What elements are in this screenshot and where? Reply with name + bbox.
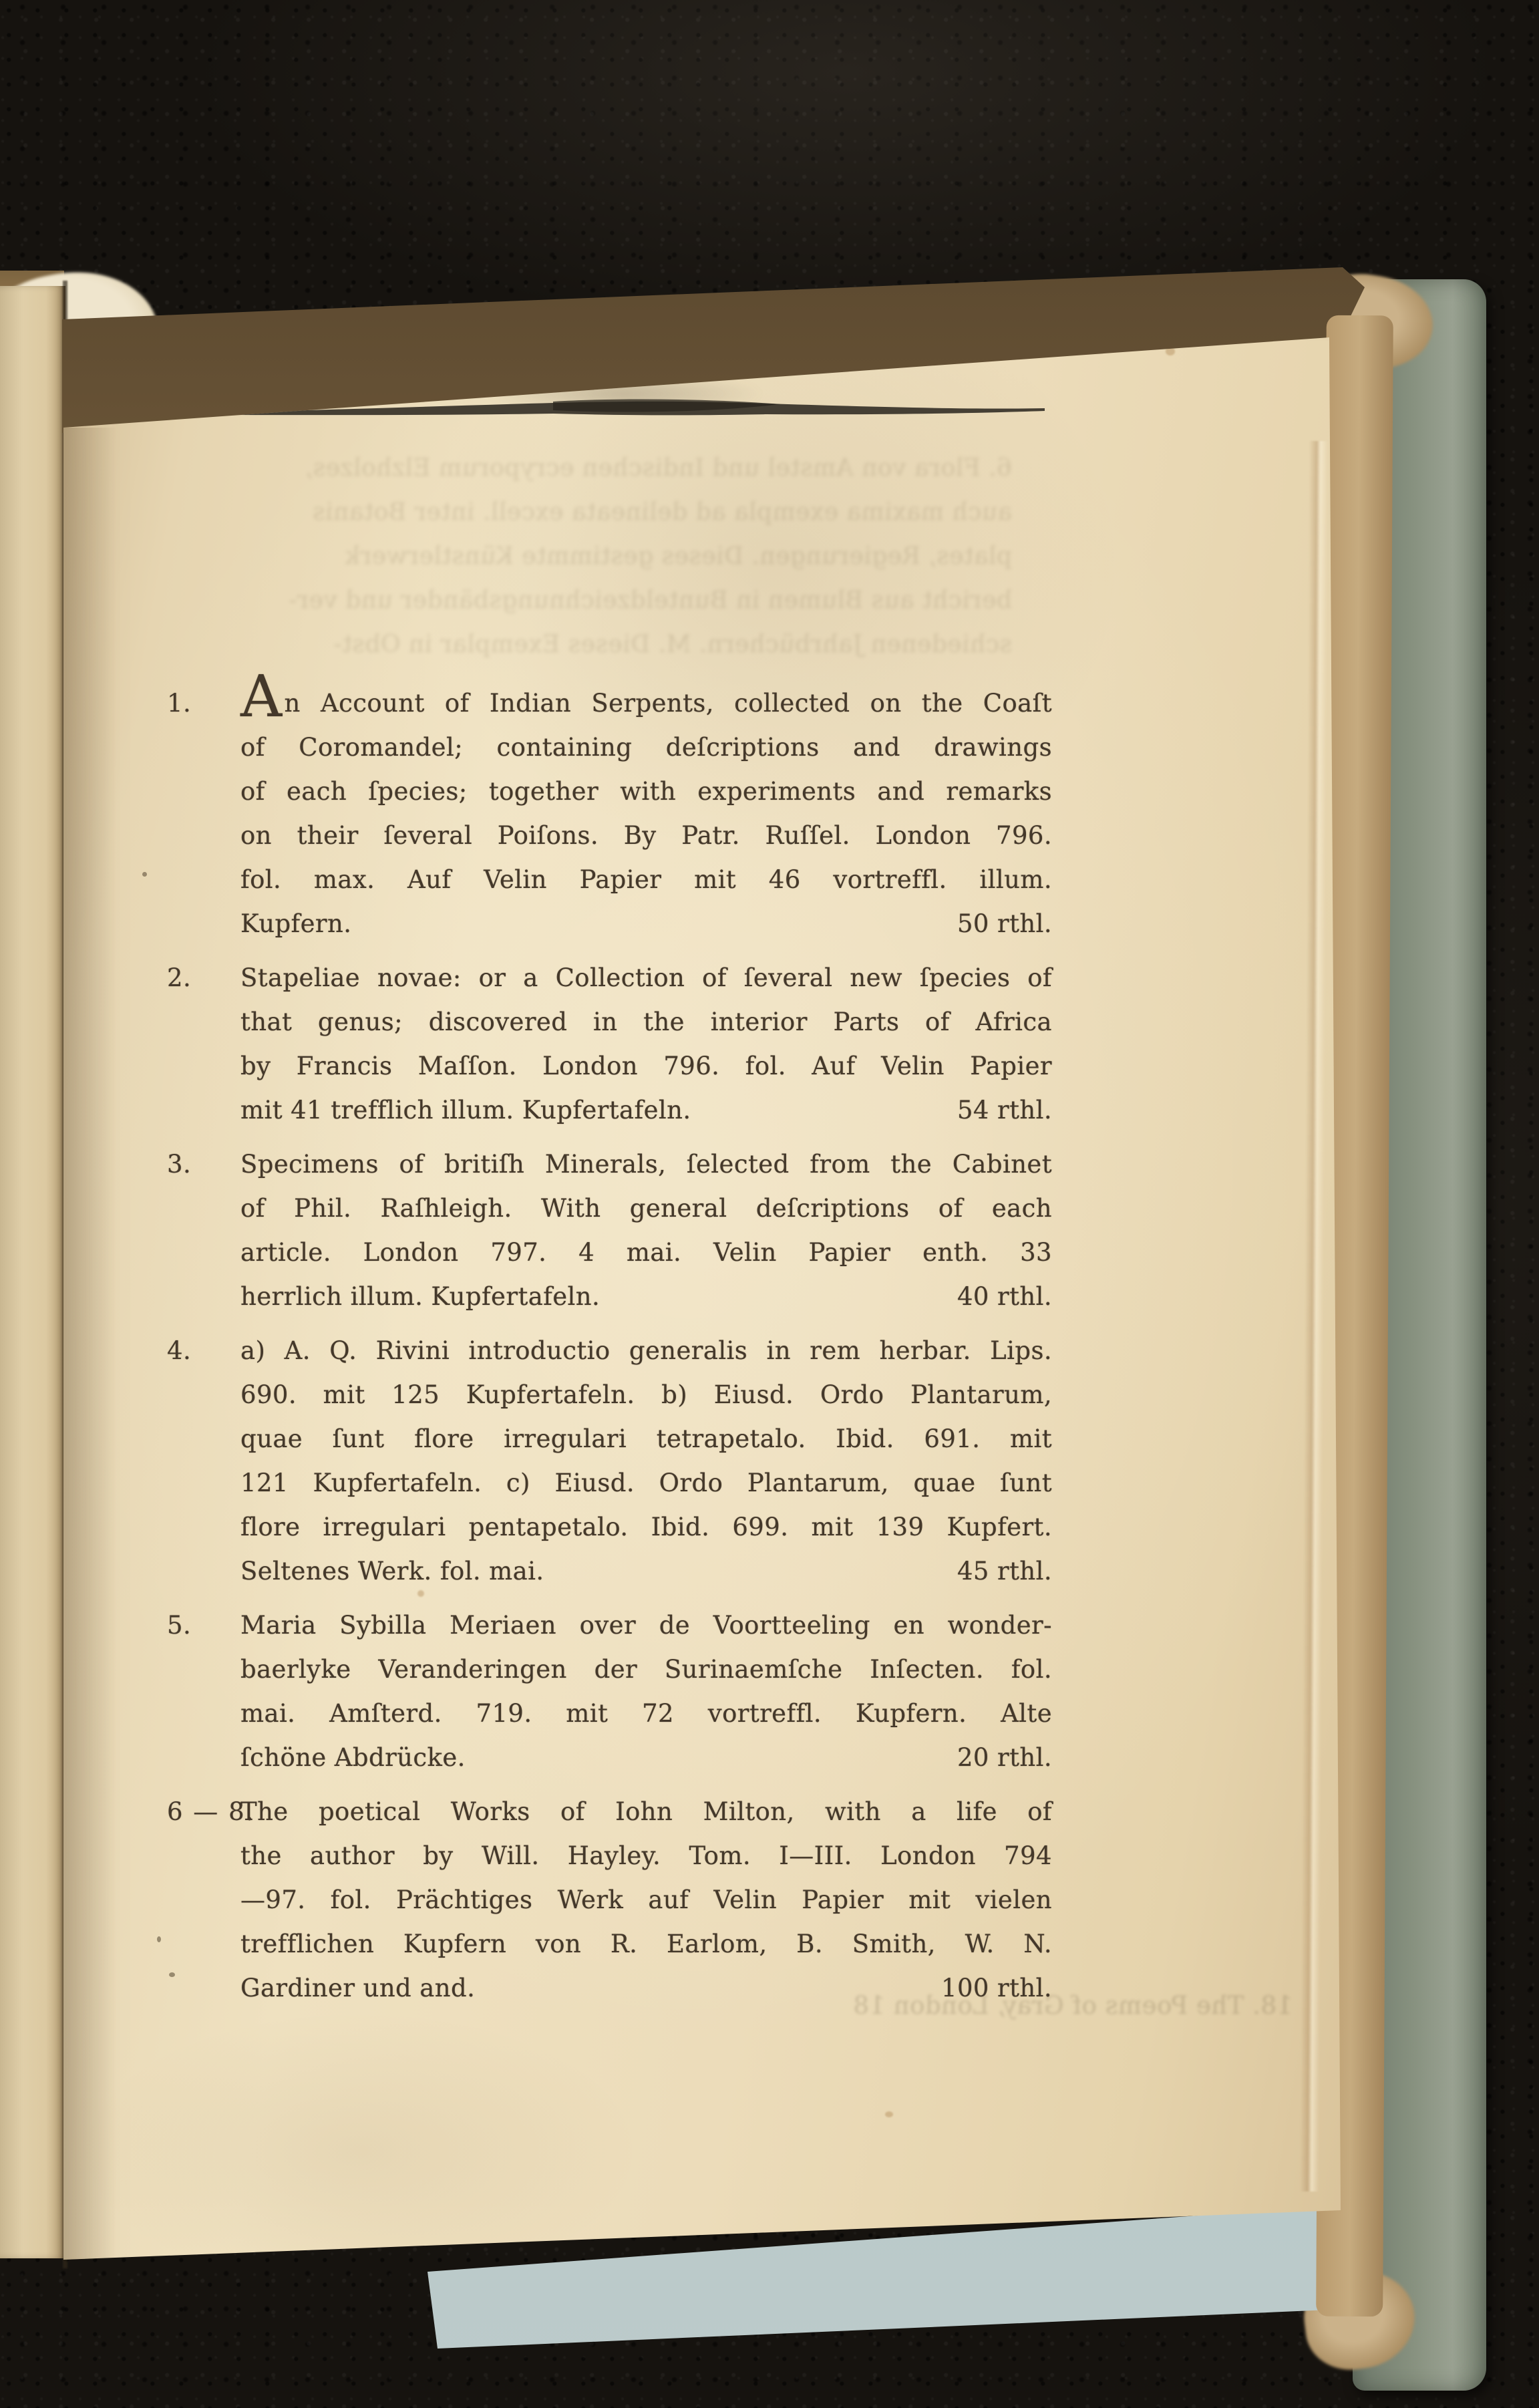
paper-crease: [1300, 441, 1328, 2192]
ink-speck: [157, 1936, 161, 1942]
entry-price: 40 rthl.: [957, 1275, 1052, 1319]
entry-price: 54 rthl.: [957, 1088, 1052, 1133]
entry-price: 100 rthl.: [941, 1966, 1052, 2010]
entry-last-line: Gardiner und and.100 rthl.: [240, 1966, 1052, 2010]
entry-line: of each ſpecies; together with experimen…: [240, 770, 1052, 814]
entry-line: fol. max. Auf Velin Papier mit 46 vortre…: [240, 858, 1052, 902]
entry-number: 6 — 8.: [167, 1790, 254, 1834]
entry-last-line: ſchöne Abdrücke.20 rthl.: [240, 1736, 1052, 1780]
entry-line: The poetical Works of Iohn Milton, with …: [240, 1790, 1052, 1834]
entry-line: on their ſeveral Poiſons. By Patr. Ruſſe…: [240, 814, 1052, 858]
drop-cap: A: [240, 684, 283, 710]
entry-last-line: Seltenes Werk. fol. mai.45 rthl.: [240, 1549, 1052, 1594]
entry-last-line: mit 41 trefflich illum. Kupfertafeln.54 …: [240, 1088, 1052, 1133]
entry-line: baerlyke Veranderingen der Surinaemſche …: [240, 1648, 1052, 1692]
entry-number: 2.: [167, 956, 191, 1000]
entry-line: —97. fol. Prächtiges Werk auf Velin Papi…: [240, 1878, 1052, 1922]
entry-number: 5.: [167, 1604, 191, 1648]
entry-last-line: Kupfern.50 rthl.: [240, 902, 1052, 946]
bleedthrough-line: schiedenen Jahrbüchern. M. Dieses Exempl…: [154, 623, 1012, 667]
entry-number: 1.: [167, 682, 191, 726]
entry-line: by Francis Maſſon. London 796. fol. Auf …: [240, 1044, 1052, 1088]
entry-price: 20 rthl.: [957, 1736, 1052, 1780]
catalog-entry: 3.Specimens of britiſh Minerals, ſelecte…: [167, 1143, 1052, 1319]
entry-line: mai. Amſterd. 719. mit 72 vortreffl. Kup…: [240, 1692, 1052, 1736]
entry-line: Specimens of britiſh Minerals, ſelected …: [240, 1143, 1052, 1187]
bleedthrough-line: 6. Flora von Amstel und Indischen ecrypo…: [154, 446, 1012, 490]
catalog-entries: 1.An Account of Indian Serpents, collect…: [167, 682, 1052, 2020]
bleedthrough-line: bericht aus Blumen in Bunteldzeichnungsb…: [154, 579, 1012, 623]
entry-text: Kupfern.: [240, 902, 351, 946]
entry-price: 45 rthl.: [957, 1549, 1052, 1594]
entry-text: herrlich illum. Kupfertafeln.: [240, 1275, 600, 1319]
entry-line: flore irregulari pentapetalo. Ibid. 699.…: [240, 1505, 1052, 1549]
catalog-page: 6. Flora von Amstel und Indischen ecrypo…: [57, 267, 1433, 2408]
catalog-entry: 1.An Account of Indian Serpents, collect…: [167, 682, 1052, 946]
entry-line: a) A. Q. Rivini introductio generalis in…: [240, 1329, 1052, 1373]
entry-line: Maria Sybilla Meriaen over de Voortteeli…: [240, 1604, 1052, 1648]
entry-line: trefflichen Kupfern von R. Earlom, B. Sm…: [240, 1922, 1052, 1966]
bleedthrough-text-block: 6. Flora von Amstel und Indischen ecrypo…: [154, 446, 1012, 667]
catalog-entry: 4.a) A. Q. Rivini introductio generalis …: [167, 1329, 1052, 1594]
catalog-entry: 6 — 8.The poetical Works of Iohn Milton,…: [167, 1790, 1052, 2010]
photographed-book-page: 6. Flora von Amstel und Indischen ecrypo…: [0, 0, 1539, 2408]
entry-line: the author by Will. Hayley. Tom. I—III. …: [240, 1834, 1052, 1878]
entry-text: mit 41 trefflich illum. Kupfertafeln.: [240, 1088, 691, 1133]
catalog-entry: 5.Maria Sybilla Meriaen over de Voorttee…: [167, 1604, 1052, 1780]
entry-number: 4.: [167, 1329, 191, 1373]
entry-line: 690. mit 125 Kupfertafeln. b) Eiusd. Ord…: [240, 1373, 1052, 1417]
entry-line: Stapeliae novae: or a Collection of ſeve…: [240, 956, 1052, 1000]
entry-line: An Account of Indian Serpents, collected…: [240, 682, 1052, 726]
entry-line: that genus; discovered in the interior P…: [240, 1000, 1052, 1044]
foxing-spot: [885, 2111, 893, 2117]
catalog-entry: 2.Stapeliae novae: or a Collection of ſe…: [167, 956, 1052, 1133]
entry-text: Seltenes Werk. fol. mai.: [240, 1549, 544, 1594]
entry-line: of Coromandel; containing deſcriptions a…: [240, 726, 1052, 770]
entry-line: quae ſunt flore irregulari tetrapetalo. …: [240, 1417, 1052, 1461]
bleedthrough-line: auch maxima exempla ad delineata excell.…: [154, 490, 1012, 535]
ink-speck: [142, 872, 147, 877]
entry-price: 50 rthl.: [957, 902, 1052, 946]
entry-line: article. London 797. 4 mai. Velin Papier…: [240, 1231, 1052, 1275]
entry-number: 3.: [167, 1143, 191, 1187]
entry-line: of Phil. Raſhleigh. With general deſcrip…: [240, 1187, 1052, 1231]
entry-text: ſchöne Abdrücke.: [240, 1736, 466, 1780]
bleedthrough-line: plates, Regierungen. Dieses gestimmte Kü…: [154, 535, 1012, 579]
adjacent-page-strip: [0, 286, 65, 2258]
book: 6. Flora von Amstel und Indischen ecrypo…: [57, 267, 1433, 2408]
entry-last-line: herrlich illum. Kupfertafeln.40 rthl.: [240, 1275, 1052, 1319]
entry-line: 121 Kupfertafeln. c) Eiusd. Ordo Plantar…: [240, 1461, 1052, 1505]
entry-text: Gardiner und and.: [240, 1966, 475, 2010]
